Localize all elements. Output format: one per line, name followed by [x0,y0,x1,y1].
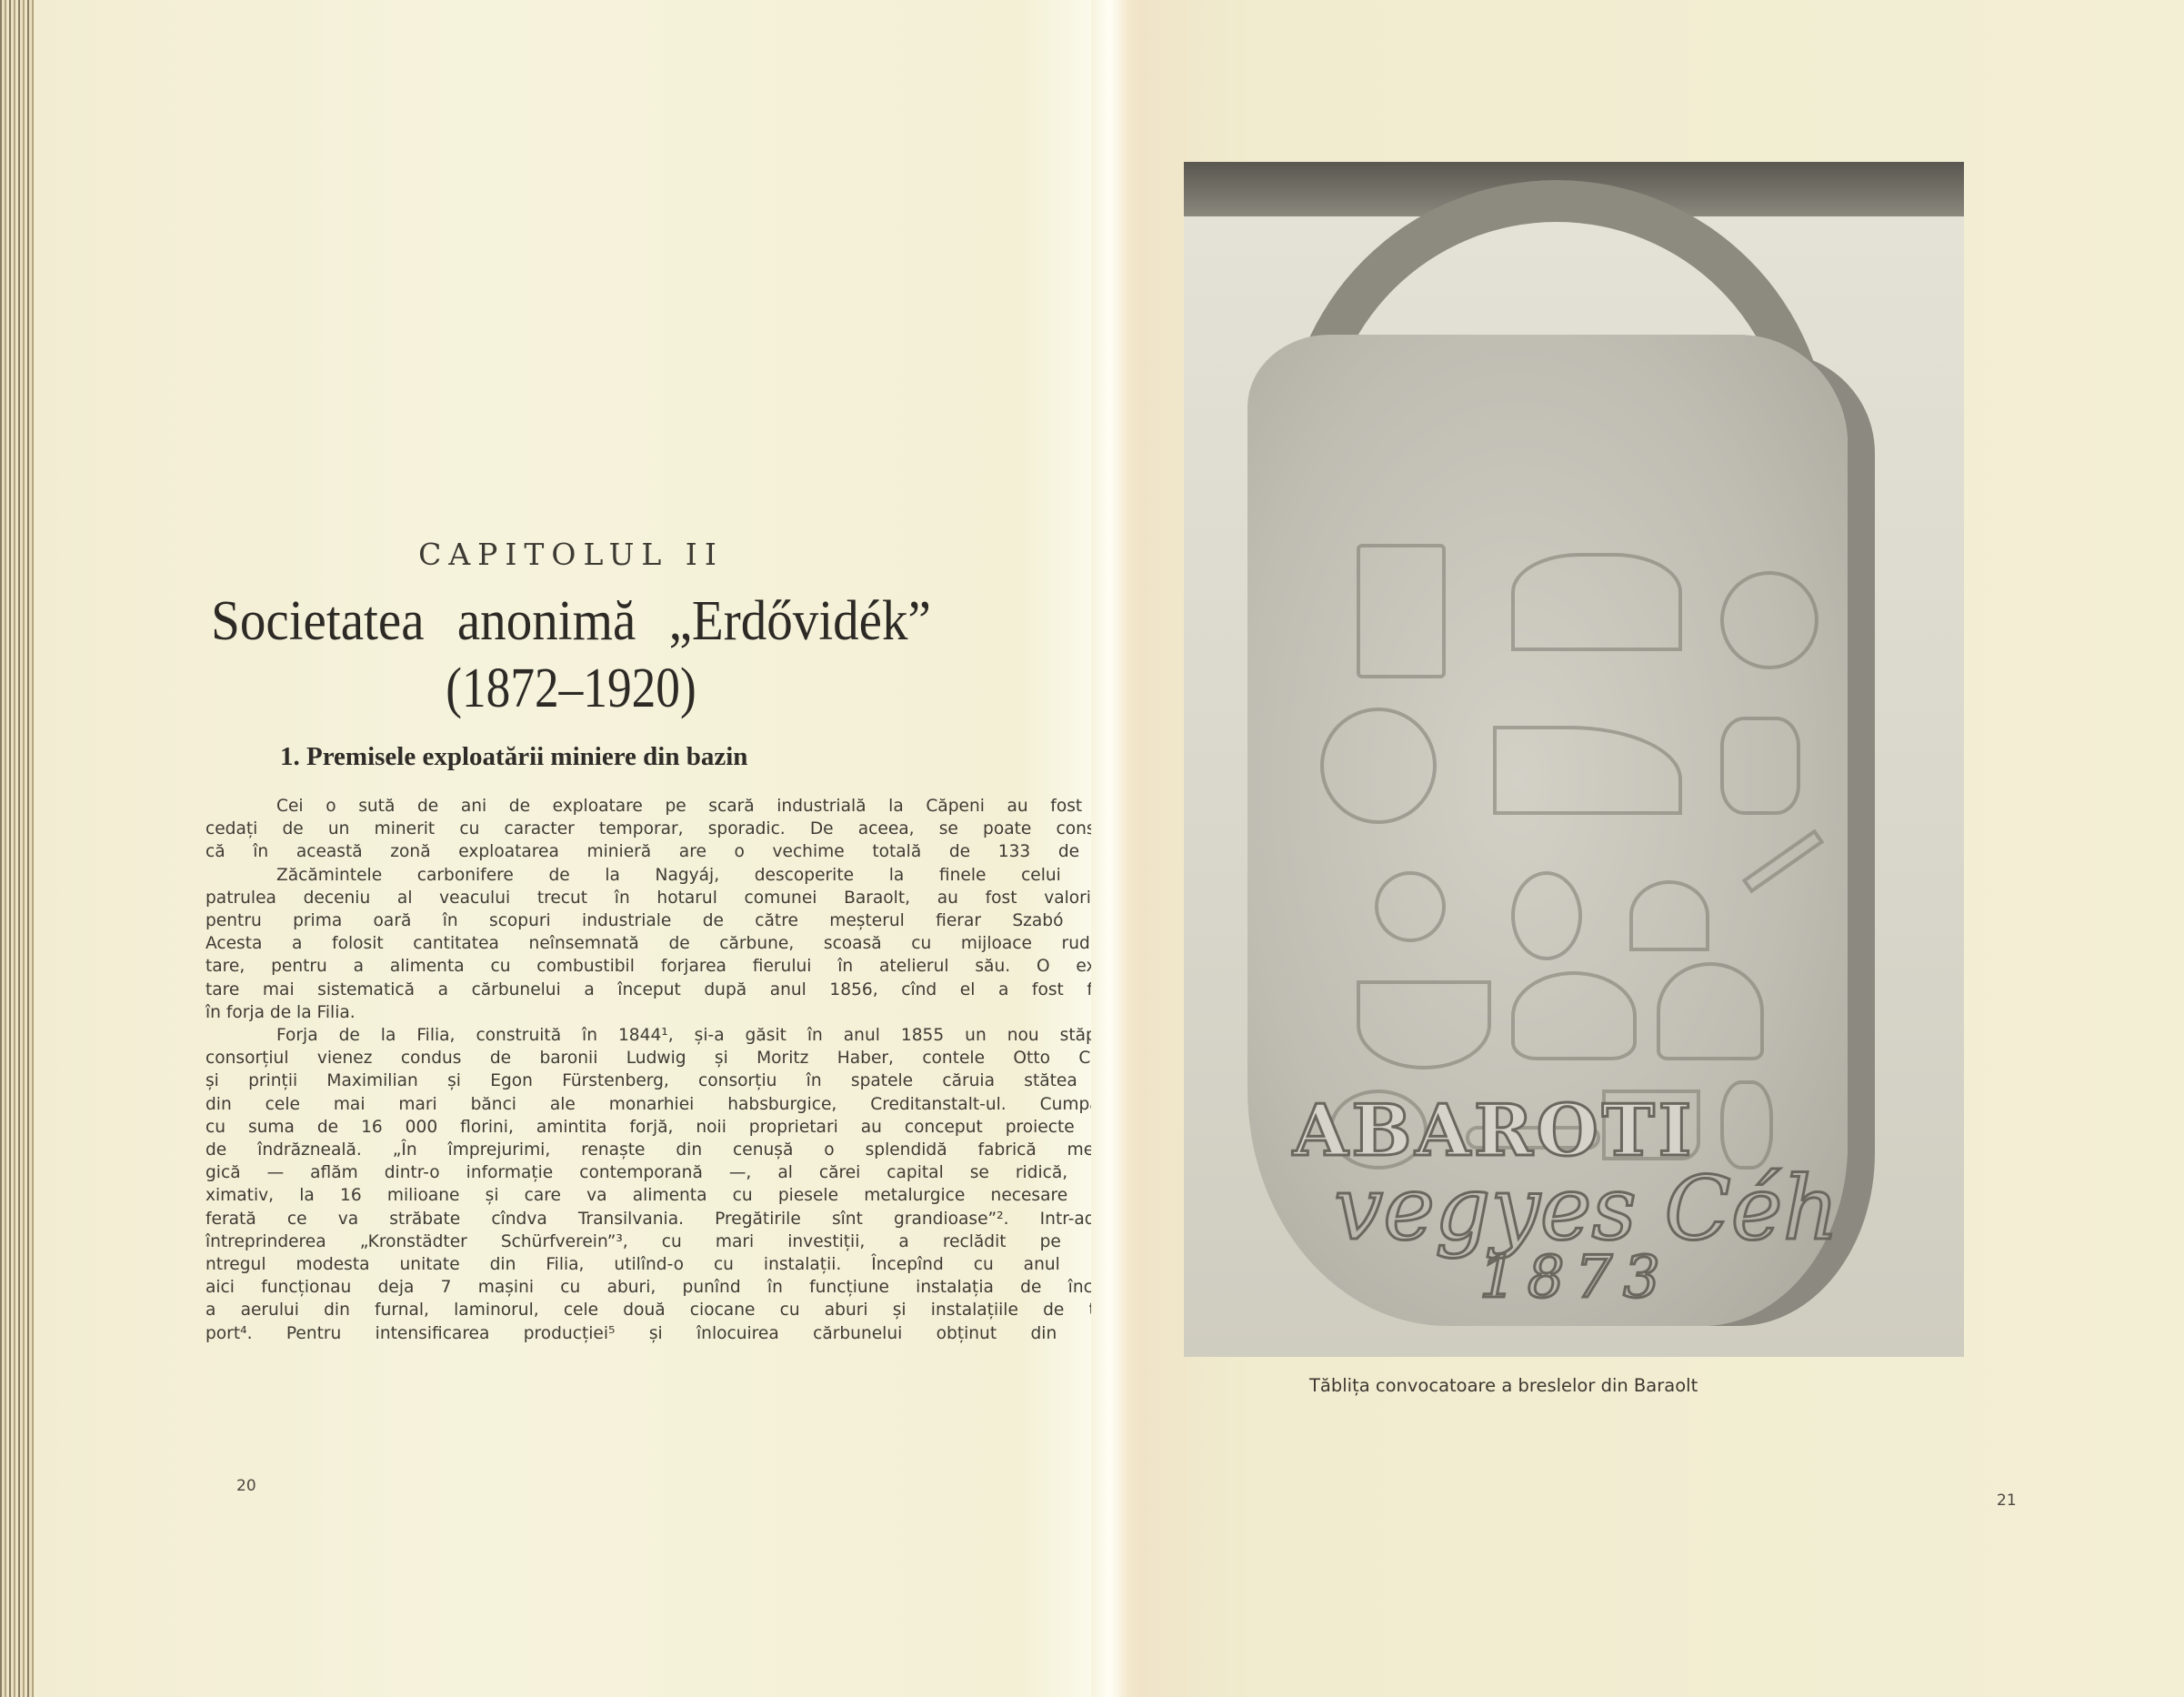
text-line: consorțiul vienez condus de baronii Ludw… [205,1047,1138,1069]
text-line: Cei o sută de ani de exploatare pe scară… [205,795,1138,818]
scissors-engraving-icon [1511,871,1582,960]
text-line: cu suma de 16 000 florini, amintita forj… [205,1116,1138,1139]
page-edges [0,0,35,1697]
text-line: că în această zonă exploatarea minieră a… [205,840,1138,863]
text-line: port⁴. Pentru intensificarea producției⁵… [205,1322,1138,1345]
text-line: de îndrăzneală. „În împrejurimi, renaște… [205,1139,1138,1161]
paragraph-1: Cei o sută de ani de exploatare pe scară… [205,795,1138,864]
page-number-right: 21 [1997,1491,2017,1510]
left-page: CAPITOLUL II Societatea anonimă „Erdővid… [35,0,1107,1697]
paragraph-2: Zăcămintele carbonifere de la Nagyáj, de… [205,864,1138,1024]
text-line: din cele mai mari bănci ale monarhiei ha… [205,1093,1138,1116]
engraved-symbols [1357,544,1848,1180]
brushes-engraving-icon [1720,1080,1773,1170]
chapter-years: (1872–1920) [110,657,1033,721]
text-line: întreprinderea „Kronstädter Schürfverein… [205,1230,1138,1253]
text-line: ferată ce va străbate cîndva Transilvani… [205,1208,1138,1230]
text-line: aici funcționau deja 7 mașini cu aburi, … [205,1276,1138,1299]
text-line: în forja de la Filia. [205,1001,1138,1024]
section-heading: 1. Premisele exploatării miniere din baz… [280,742,747,772]
fan-engraving-icon [1511,553,1682,651]
engraved-plate: ABAROTI vegyes Céh 1873 [1247,335,1848,1326]
photo-caption: Tăblița convocatoare a breslelor din Bar… [1309,1375,1698,1396]
plate-inscription-date: 1873 [1479,1244,1671,1311]
barrel-engraving-icon [1720,717,1800,815]
hammers-engraving-icon [1742,829,1825,894]
text-line: Acesta a folosit cantitatea neînsemnată … [205,932,1138,955]
heart-engraving-icon [1720,571,1818,669]
text-line: Zăcămintele carbonifere de la Nagyáj, de… [205,864,1138,887]
text-line: tare, pentru a alimenta cu combustibil f… [205,955,1138,978]
book-gutter [1091,0,1146,1697]
text-line: tare mai sistematică a cărbunelui a înce… [205,979,1138,1001]
text-line: și prinții Maximilian și Egon Fürstenber… [205,1069,1138,1092]
text-line: ntregul modesta unitate din Filia, utilî… [205,1253,1138,1276]
book-spread: CAPITOLUL II Societatea anonimă „Erdővid… [0,0,2184,1697]
wheel-engraving-icon [1320,708,1437,824]
horseshoe-engraving-icon [1629,880,1709,951]
text-line: a aerului din furnal, laminorul, cele do… [205,1299,1138,1321]
chapter-label: CAPITOLUL II [35,537,1107,572]
tools-engraving-icon [1493,726,1682,815]
body-text: Cei o sută de ani de exploatare pe scară… [205,795,1138,1345]
saddle-engraving-icon [1357,980,1491,1069]
page-number-left: 20 [236,1477,256,1495]
text-line: patrulea deceniu al veacului trecut în h… [205,887,1138,909]
text-line: gică — aflăm dintr-o informație contempo… [205,1161,1138,1184]
key-engraving-icon [1375,871,1446,942]
paragraph-3: Forja de la Filia, construită în 1844¹, … [205,1024,1138,1345]
basket-engraving-icon [1657,962,1764,1060]
text-line: cedați de un minerit cu caracter tempora… [205,818,1138,840]
flag-engraving-icon [1357,544,1446,678]
hat-engraving-icon [1511,971,1637,1060]
text-line: pentru prima oară în scopuri industriale… [205,909,1138,932]
chapter-title: Societatea anonimă „Erdővidék” [77,589,1065,654]
photograph-guild-plate: ABAROTI vegyes Céh 1873 [1184,162,1964,1357]
text-line: ximativ, la 16 milioane și care va alime… [205,1184,1138,1207]
text-line: Forja de la Filia, construită în 1844¹, … [205,1024,1138,1047]
